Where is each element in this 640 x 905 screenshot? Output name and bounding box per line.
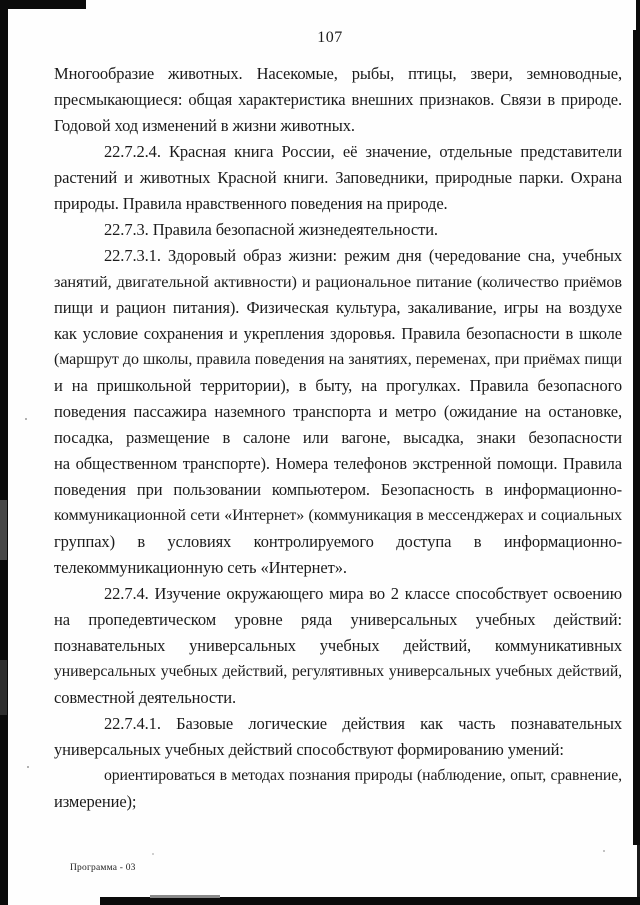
text-line: 22.7.4.1. Базовые логические действия ка… <box>54 711 622 737</box>
text-line: растений и животных Красной книги. Запов… <box>54 165 622 191</box>
text-line: Многообразие животных. Насекомые, рыбы, … <box>54 61 622 87</box>
text-line: и на пришкольной территории), в быту, на… <box>54 373 622 399</box>
text-line: на общественном транспорте). Номера теле… <box>54 451 622 477</box>
text-line: занятий, двигательной активности) и раци… <box>54 269 622 295</box>
text-line: поведения при пользовании компьютером. Б… <box>54 477 622 503</box>
text-line: 22.7.3.1. Здоровый образ жизни: режим дн… <box>54 243 622 269</box>
text-line: посадка, размещение в салоне или вагоне,… <box>54 425 622 451</box>
text-line: измерение); <box>54 789 622 815</box>
text-line: пресмыкающиеся: общая характеристика вне… <box>54 87 622 113</box>
scan-border-bottom-fade <box>150 895 220 898</box>
document-body: Многообразие животных. Насекомые, рыбы, … <box>54 61 622 815</box>
scan-border-right-top <box>636 0 640 32</box>
text-line: телекоммуникационную сеть «Интернет». <box>54 555 622 581</box>
text-line: 22.7.4. Изучение окружающего мира во 2 к… <box>54 581 622 607</box>
text-line: коммуникационной сети «Интернет» (коммун… <box>54 503 622 529</box>
text-line: универсальных учебных действий, регуляти… <box>54 659 622 685</box>
text-line: совместной деятельности. <box>54 685 622 711</box>
text-line: группах) в условиях контролируемого дост… <box>54 529 622 555</box>
scan-noise-speck <box>152 853 154 855</box>
scan-border-right <box>633 30 640 845</box>
text-line: природы. Правила нравственного поведения… <box>54 191 622 217</box>
text-line: ориентироваться в методах познания приро… <box>54 763 622 789</box>
text-line: поведения пассажира наземного транспорта… <box>54 399 622 425</box>
text-line: 22.7.2.4. Красная книга России, её значе… <box>54 139 622 165</box>
text-line: универсальных учебных действий способств… <box>54 737 622 763</box>
text-line: (маршрут до школы, правила поведения на … <box>54 347 622 373</box>
scan-border-left-fade <box>0 660 7 715</box>
scanned-document-page: 107 Многообразие животных. Насекомые, ры… <box>0 0 640 905</box>
text-line: на пропедевтическом уровне ряда универса… <box>54 607 622 633</box>
scan-noise-speck <box>603 850 605 852</box>
text-line: 22.7.3. Правила безопасной жизнедеятельн… <box>54 217 622 243</box>
page-number: 107 <box>54 29 606 47</box>
text-line: познавательных универсальных учебных дей… <box>54 633 622 659</box>
scan-noise-speck <box>27 766 29 768</box>
text-line: как условие сохранения и укрепления здор… <box>54 321 622 347</box>
scan-noise-speck <box>25 418 27 420</box>
scan-border-top-left <box>0 0 86 9</box>
scan-border-left <box>0 0 8 905</box>
text-line: Годовой ход изменений в жизни животных. <box>54 113 622 139</box>
footer-label: Программа - 03 <box>70 863 136 873</box>
scan-border-left-fade <box>0 500 7 560</box>
text-line: пищи и рацион питания). Физическая культ… <box>54 295 622 321</box>
scan-border-bottom <box>100 897 640 905</box>
